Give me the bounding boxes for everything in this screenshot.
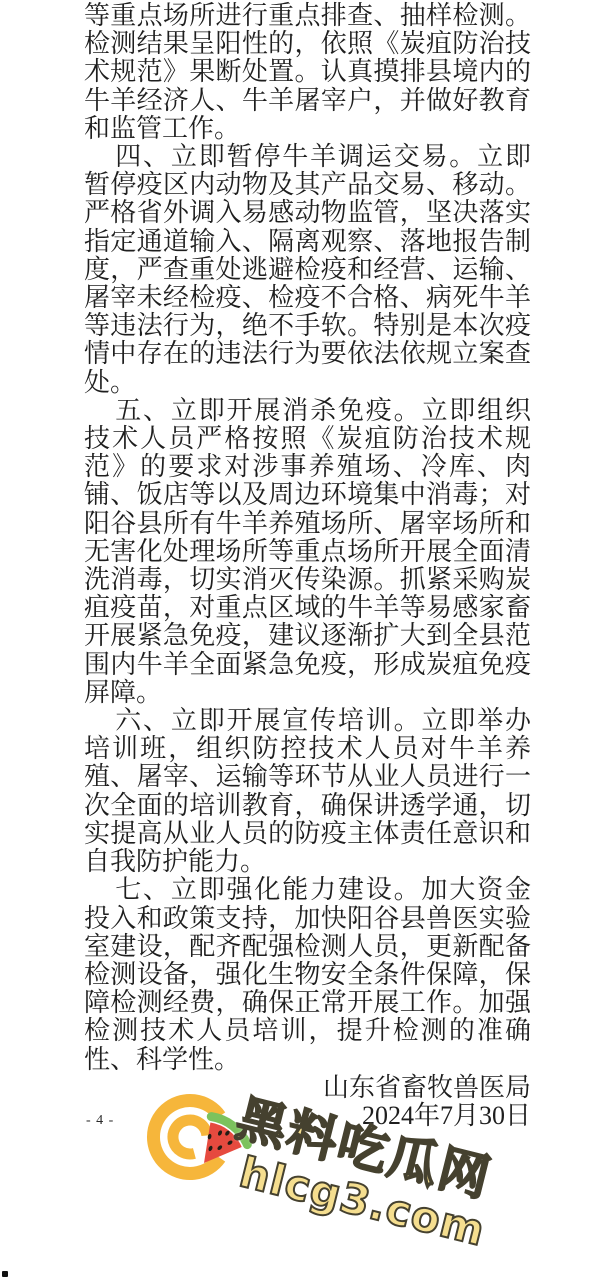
paragraph: 等重点场所进行重点排查、抽样检测。检测结果呈阳性的，依照《炭疽防治技术规范》果断… (84, 2, 531, 143)
paragraph: 五、立即开展消杀免疫。立即组织技术人员严格按照《炭疽防治技术规范》的要求对涉事养… (84, 397, 531, 707)
body-text: 等重点场所进行重点排查、抽样检测。检测结果呈阳性的，依照《炭疽防治技术规范》果断… (84, 2, 531, 1130)
document-page: 等重点场所进行重点排查、抽样检测。检测结果呈阳性的，依照《炭疽防治技术规范》果断… (0, 0, 591, 1280)
page-number: - 4 - (86, 1113, 114, 1129)
watermark-site-url: hlcg3.com (236, 1151, 490, 1252)
date-line: 2024年7月30日 (84, 1102, 531, 1130)
scan-dot-artifact (2, 1271, 8, 1277)
signature-line: 山东省畜牧兽医局 (84, 1074, 531, 1102)
paragraph: 七、立即强化能力建设。加大资金投入和政策支持，加快阳谷县兽医实验室建设，配齐配强… (84, 876, 531, 1073)
paragraph: 四、立即暂停牛羊调运交易。立即暂停疫区内动物及其产品交易、移动。严格省外调入易感… (84, 143, 531, 397)
paragraph: 六、立即开展宣传培训。立即举办培训班，组织防控技术人员对牛羊养殖、屠宰、运输等环… (84, 707, 531, 876)
paragraph-list: 等重点场所进行重点排查、抽样检测。检测结果呈阳性的，依照《炭疽防治技术规范》果断… (84, 2, 531, 1074)
